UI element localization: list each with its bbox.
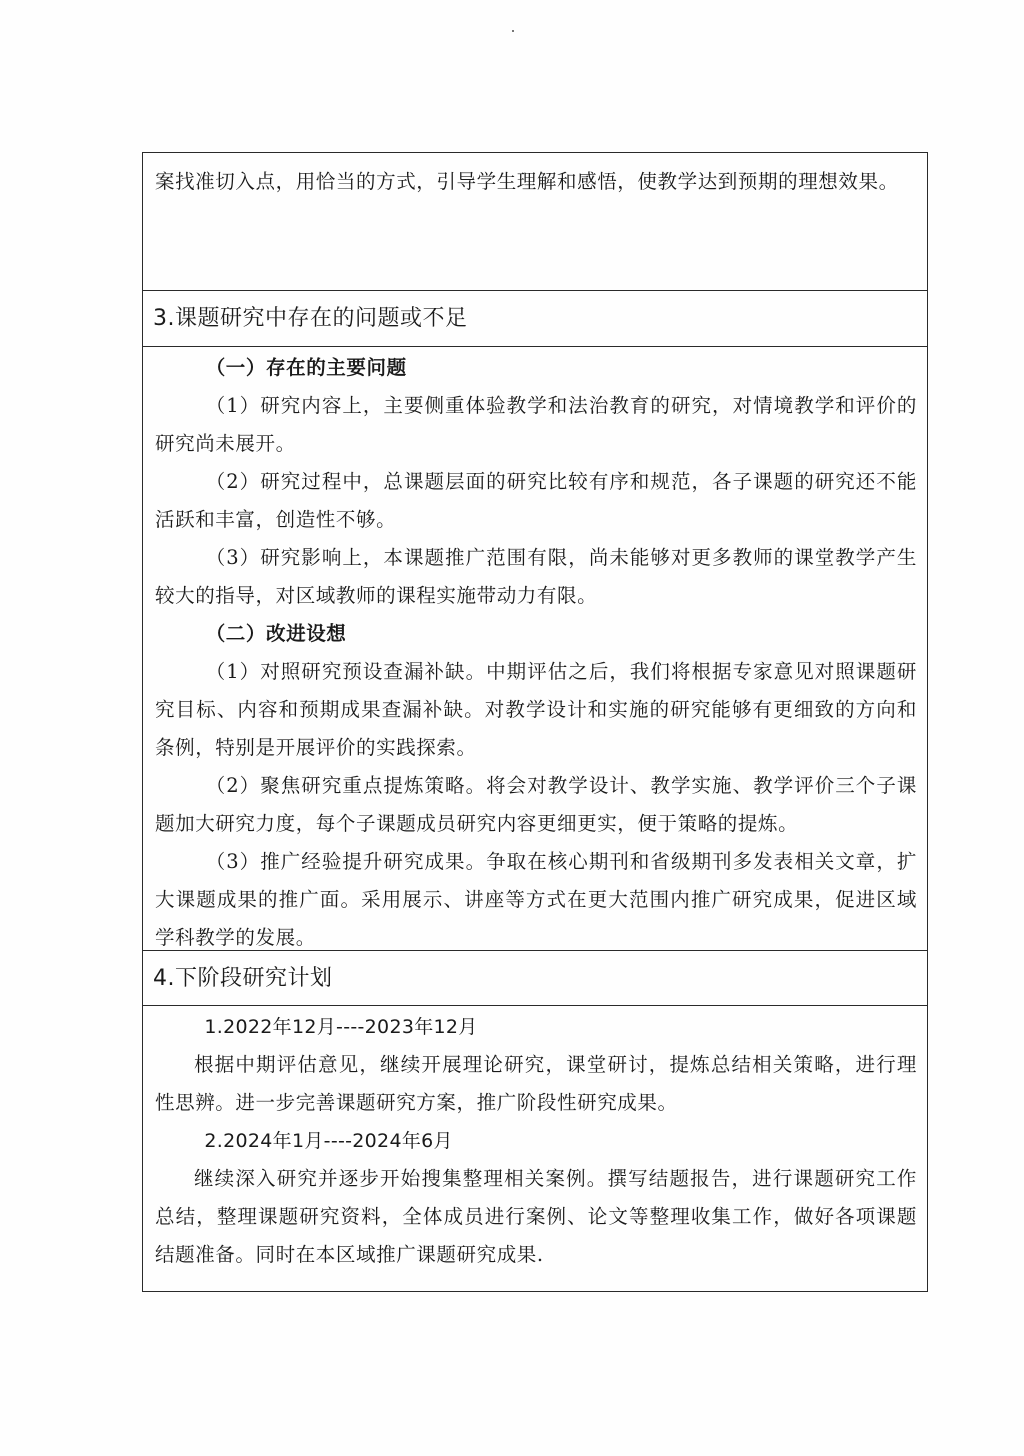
- problem-item-2: （2）研究过程中，总课题层面的研究比较有序和规范，各子课题的研究还不能活跃和丰富…: [143, 463, 927, 539]
- section3-title: 3.课题研究中存在的问题或不足: [143, 291, 927, 347]
- problem-item-1: （1）研究内容上，主要侧重体验教学和法治教育的研究，对情境教学和评价的研究尚未展…: [143, 387, 927, 463]
- problems-heading: （一）存在的主要问题: [143, 349, 927, 387]
- section4-header-cell: 4.下阶段研究计划: [143, 951, 927, 1006]
- section3-body-cell: （一）存在的主要问题 （1）研究内容上，主要侧重体验教学和法治教育的研究，对情境…: [143, 347, 927, 951]
- problem-item-3: （3）研究影响上，本课题推广范围有限，尚未能够对更多教师的课堂教学产生较大的指导…: [143, 539, 927, 615]
- improvement-item-1: （1）对照研究预设查漏补缺。中期评估之后，我们将根据专家意见对照课题研究目标、内…: [143, 653, 927, 767]
- phase-2-period: 2.2024年1月----2024年6月: [143, 1122, 927, 1160]
- phase-1-description: 根据中期评估意见，继续开展理论研究，课堂研讨，提炼总结相关策略，进行理性思辨。进…: [143, 1046, 927, 1122]
- continuation-text: 案找准切入点，用恰当的方式，引导学生理解和感悟，使教学达到预期的理想效果。: [143, 163, 927, 201]
- phase-2-description: 继续深入研究并逐步开始搜集整理相关案例。撰写结题报告，进行课题研究工作总结，整理…: [143, 1160, 927, 1274]
- scan-speck: [512, 30, 514, 32]
- improvement-item-3: （3）推广经验提升研究成果。争取在核心期刊和省级期刊多发表相关文章，扩大课题成果…: [143, 843, 927, 957]
- section4-title: 4.下阶段研究计划: [143, 951, 927, 1006]
- improvement-item-2: （2）聚焦研究重点提炼策略。将会对教学设计、教学实施、教学评价三个子课题加大研究…: [143, 767, 927, 843]
- scanned-page: 案找准切入点，用恰当的方式，引导学生理解和感悟，使教学达到预期的理想效果。 3.…: [0, 0, 1024, 1456]
- phase-1-period: 1.2022年12月----2023年12月: [143, 1008, 927, 1046]
- section4-body-cell: 1.2022年12月----2023年12月 根据中期评估意见，继续开展理论研究…: [143, 1006, 927, 1291]
- report-form-table: 案找准切入点，用恰当的方式，引导学生理解和感悟，使教学达到预期的理想效果。 3.…: [142, 152, 928, 1292]
- improvements-heading: （二）改进设想: [143, 615, 927, 653]
- section3-header-cell: 3.课题研究中存在的问题或不足: [143, 291, 927, 347]
- continuation-cell: 案找准切入点，用恰当的方式，引导学生理解和感悟，使教学达到预期的理想效果。: [143, 153, 927, 291]
